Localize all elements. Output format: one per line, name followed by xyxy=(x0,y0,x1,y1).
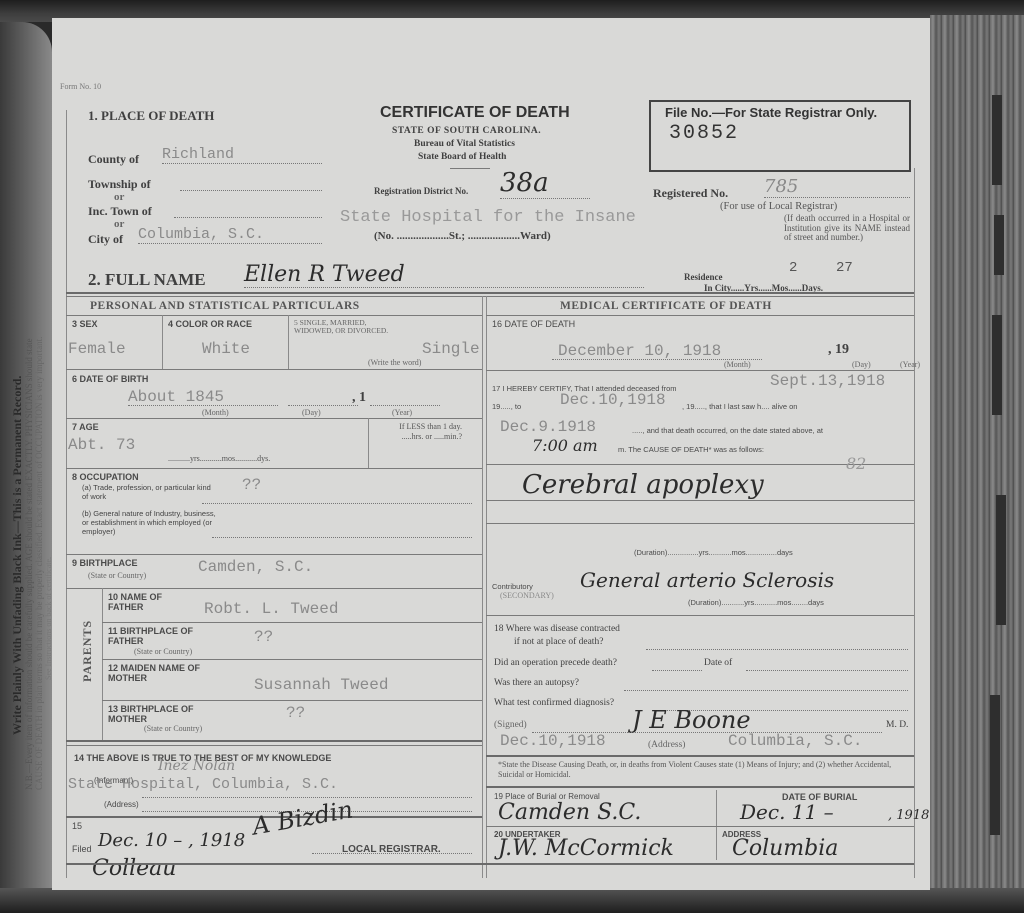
date-of-operation-label: Date of xyxy=(704,658,732,668)
divider xyxy=(450,168,490,169)
book-page-edges xyxy=(930,15,1024,895)
board-name: State Board of Health xyxy=(418,152,506,162)
cell-divider xyxy=(368,418,369,468)
column-divider xyxy=(482,296,483,878)
duration-secondary: (Duration)...........yrs...........mos..… xyxy=(688,598,824,607)
mother-birthplace-label: 13 BIRTHPLACE OF MOTHER xyxy=(108,704,198,724)
md-label: M. D. xyxy=(886,720,908,730)
section-rule xyxy=(66,296,914,297)
township-label: Township of xyxy=(88,177,151,192)
file-number-box: File No.—For State Registrar Only. 30852 xyxy=(649,100,911,172)
institution-field[interactable]: State Hospital for the Insane xyxy=(340,208,636,227)
row-rule xyxy=(102,622,482,623)
address-caption: (Address) xyxy=(104,800,139,809)
occupation-field[interactable]: ?? xyxy=(242,476,261,494)
row-rule xyxy=(66,468,482,469)
personal-heading: PERSONAL AND STATISTICAL PARTICULARS xyxy=(90,300,360,312)
contributory-cause-field[interactable]: General arterio Sclerosis xyxy=(580,568,834,592)
disease-contracted-field[interactable] xyxy=(646,648,908,650)
registered-no-label: Registered No. xyxy=(653,186,728,201)
sex-field[interactable]: Female xyxy=(68,340,126,358)
side-instruction-ink: Write Plainly With Unfading Black Ink—Th… xyxy=(10,376,25,735)
marital-label: 5 SINGLE, MARRIED, WIDOWED, OR DIVORCED. xyxy=(294,319,394,335)
race-field[interactable]: White xyxy=(202,340,250,358)
registration-district-label: Registration District No. xyxy=(374,186,468,196)
signed-label: (Signed) xyxy=(494,720,527,730)
dob-label: 6 DATE OF BIRTH xyxy=(72,374,148,384)
death-occurred-text: ....., and that death occurred, on the d… xyxy=(632,426,823,435)
attended-to-field[interactable]: Dec.10,1918 xyxy=(560,391,666,409)
cell-divider xyxy=(716,790,717,860)
dob-year-prefix: , 1 xyxy=(352,390,366,406)
operation-field[interactable] xyxy=(652,669,702,671)
dob-year-line xyxy=(370,404,440,406)
medical-heading: MEDICAL CERTIFICATE OF DEATH xyxy=(560,300,772,312)
filed-label: Filed xyxy=(72,844,92,854)
informant-address-field[interactable]: State Hospital, Columbia, S.C. xyxy=(68,776,338,793)
section-rule xyxy=(66,863,914,865)
section-rule xyxy=(66,292,914,294)
last-saw-alive-field[interactable]: Dec.9.1918 xyxy=(500,418,596,436)
q18-sub: if not at place of death? xyxy=(514,637,603,647)
row-rule xyxy=(486,523,914,524)
if-less-than-day: If LESS than 1 day. .....hrs. or .....mi… xyxy=(382,422,462,441)
physician-address-label: (Address) xyxy=(648,740,685,750)
registered-no-field[interactable]: 785 xyxy=(764,176,910,198)
month-caption: (Month) xyxy=(724,360,751,369)
date-of-death-label: 16 DATE OF DEATH xyxy=(492,319,575,329)
cause-footnote: *State the Disease Causing Death, or, in… xyxy=(498,760,898,780)
cause-code: 82 xyxy=(846,454,866,473)
secondary-label: (SECONDARY) xyxy=(500,591,554,600)
dob-month-line xyxy=(128,404,278,406)
burial-place-field[interactable]: Camden S.C. xyxy=(498,800,641,825)
mother-birthplace-field[interactable]: ?? xyxy=(286,704,305,722)
informant-name-field[interactable]: Inez Nolan xyxy=(158,758,235,774)
operation-label: Did an operation precede death? xyxy=(494,658,617,668)
father-birthplace-caption: (State or Country) xyxy=(134,647,192,656)
age-field[interactable]: Abt. 73 xyxy=(68,436,135,454)
cause-of-death-field[interactable]: Cerebral apoplexy xyxy=(522,470,764,500)
form-number: Form No. 10 xyxy=(60,82,101,91)
residence-label: Residence xyxy=(684,272,723,282)
county-label: County of xyxy=(88,152,139,167)
filed-date-field[interactable]: Dec. 10 – , 1918 xyxy=(98,830,245,851)
physician-signature[interactable]: J E Boone xyxy=(632,706,751,734)
father-name-label: 10 NAME OF FATHER xyxy=(108,592,188,612)
cell-divider xyxy=(288,315,289,369)
certificate-title: CERTIFICATE OF DEATH xyxy=(380,104,570,122)
day-caption: (Day) xyxy=(852,360,871,369)
father-birthplace-label: 11 BIRTHPLACE OF FATHER xyxy=(108,626,198,646)
year-caption: (Year) xyxy=(392,408,412,417)
street-ward-label: (No. ...................St.; ...........… xyxy=(374,230,551,242)
township-field[interactable] xyxy=(180,178,322,191)
file-box-label: File No.—For State Registrar Only. xyxy=(665,105,877,120)
full-name-label: 2. FULL NAME xyxy=(88,270,206,290)
father-name-field[interactable]: Robt. L. Tweed xyxy=(204,600,338,618)
place-of-death-heading: 1. PLACE OF DEATH xyxy=(88,108,214,124)
town-label: Inc. Town of xyxy=(88,204,152,219)
bureau-name: Bureau of Vital Statistics xyxy=(414,139,515,149)
undertaker-address-field[interactable]: Columbia xyxy=(732,836,838,861)
attended-from-field[interactable]: Sept.13,1918 xyxy=(770,372,885,390)
form-border-left xyxy=(66,110,67,878)
town-field[interactable] xyxy=(174,205,322,218)
state-name: STATE OF SOUTH CAROLINA. xyxy=(392,126,541,136)
physician-address-field[interactable]: Columbia, S.C. xyxy=(728,732,862,750)
section-rule xyxy=(486,755,914,757)
row-rule xyxy=(486,500,914,501)
side-instruction-cause: CAUSE OF DEATH in plain terms so that it… xyxy=(34,337,44,790)
hospital-note: (If death occurred in a Hospital or Inst… xyxy=(784,214,910,243)
file-number[interactable]: 30852 xyxy=(669,122,739,145)
book-frame-bottom xyxy=(0,888,1024,913)
occupation-label: 8 OCCUPATION xyxy=(72,472,139,482)
form-border-right xyxy=(914,168,915,878)
month-caption: (Month) xyxy=(202,408,229,417)
marital-note: (Write the word) xyxy=(368,358,421,367)
father-birthplace-field[interactable]: ?? xyxy=(254,628,273,646)
section-rule xyxy=(66,745,482,746)
row-rule xyxy=(486,370,914,371)
informant-line xyxy=(142,796,472,798)
autopsy-field[interactable] xyxy=(624,689,908,691)
time-of-death-field[interactable]: 7:00 am xyxy=(532,436,598,455)
side-instruction-nb: N.B.—Every item of information should be… xyxy=(24,338,34,790)
county-field[interactable]: Richland xyxy=(162,146,322,164)
burial-date-field[interactable]: Dec. 11 – xyxy=(740,800,834,824)
sex-label: 3 SEX xyxy=(72,319,98,329)
last-saw-text: , 19....., that I last saw h.... alive o… xyxy=(682,402,797,411)
city-label: City of xyxy=(88,232,123,247)
age-label: 7 AGE xyxy=(72,422,99,432)
additional-signature: Colleau xyxy=(92,856,176,881)
row-rule xyxy=(102,659,482,660)
residence-years[interactable]: 2 xyxy=(789,260,797,276)
marital-field[interactable]: Single xyxy=(422,340,480,358)
mother-birthplace-caption: (State or Country) xyxy=(144,724,202,733)
registration-district-field[interactable]: 38a xyxy=(500,168,590,199)
residence-months[interactable]: 27 xyxy=(836,260,853,276)
city-field[interactable]: Columbia, S.C. xyxy=(138,226,322,244)
occupation-b-label: (b) General nature of Industry, business… xyxy=(82,509,222,536)
date-of-operation-field[interactable] xyxy=(746,669,908,671)
row-rule xyxy=(66,369,482,370)
age-units: ...........yrs...........mos...........d… xyxy=(168,454,270,463)
duration-primary: (Duration)...............yrs...........m… xyxy=(634,548,793,557)
index-tab xyxy=(992,315,1002,415)
or-label: or xyxy=(114,218,124,230)
dob-day-line xyxy=(288,404,358,406)
row-rule xyxy=(66,588,482,589)
section-rule xyxy=(66,740,482,742)
index-tab xyxy=(994,215,1004,275)
index-tab xyxy=(992,95,1002,185)
local-registrar-note: (For use of Local Registrar) xyxy=(720,201,837,212)
to-text: 19....., to xyxy=(492,402,521,411)
row-rule xyxy=(66,418,482,419)
parents-label: PARENTS xyxy=(80,620,95,682)
row-rule xyxy=(486,315,914,316)
row-rule xyxy=(102,700,482,701)
birthplace-caption: (State or Country) xyxy=(88,571,146,580)
mother-name-label: 12 MAIDEN NAME OF MOTHER xyxy=(108,663,208,683)
local-registrar-label: LOCAL REGISTRAR. xyxy=(342,844,441,855)
dod-year-prefix: , 19 xyxy=(828,342,849,358)
diagnosis-test-label: What test confirmed diagnosis? xyxy=(494,698,614,708)
index-tab xyxy=(996,495,1006,625)
birthplace-label: 9 BIRTHPLACE xyxy=(72,558,138,568)
column-divider xyxy=(486,296,487,878)
contributory-label: Contributory xyxy=(492,582,533,591)
burial-year[interactable]: , 1918 xyxy=(888,808,929,823)
year-caption: (Year) xyxy=(900,360,920,369)
autopsy-label: Was there an autopsy? xyxy=(494,678,579,688)
index-tab xyxy=(990,695,1000,835)
row-rule xyxy=(486,826,914,827)
parents-divider xyxy=(102,588,103,740)
full-name-field[interactable]: Ellen R Tweed xyxy=(244,262,644,288)
item-15-number: 15 xyxy=(72,821,82,831)
occupation-b-field[interactable] xyxy=(212,536,472,538)
birthplace-field[interactable]: Camden, S.C. xyxy=(198,558,313,576)
or-label: or xyxy=(114,191,124,203)
occupation-a-label: (a) Trade, profession, or particular kin… xyxy=(82,483,212,501)
signed-date-field[interactable]: Dec.10,1918 xyxy=(500,732,606,750)
local-registrar-signature[interactable]: A Bizdin xyxy=(250,795,355,840)
cause-text: m. The CAUSE OF DEATH* was as follows: xyxy=(618,445,764,454)
row-rule xyxy=(66,315,482,316)
row-rule xyxy=(486,615,914,616)
undertaker-field[interactable]: J.W. McCormick xyxy=(498,836,674,861)
race-label: 4 COLOR OR RACE xyxy=(168,319,252,329)
day-caption: (Day) xyxy=(302,408,321,417)
mother-name-field[interactable]: Susannah Tweed xyxy=(254,676,388,694)
death-certificate: Form No. 10 1. PLACE OF DEATH CERTIFICAT… xyxy=(52,18,930,890)
occupation-a-line xyxy=(202,502,472,504)
q18-label: 18 Where was disease contracted xyxy=(494,624,620,634)
cell-divider xyxy=(162,315,163,369)
row-rule xyxy=(66,554,482,555)
section-rule xyxy=(486,786,914,788)
